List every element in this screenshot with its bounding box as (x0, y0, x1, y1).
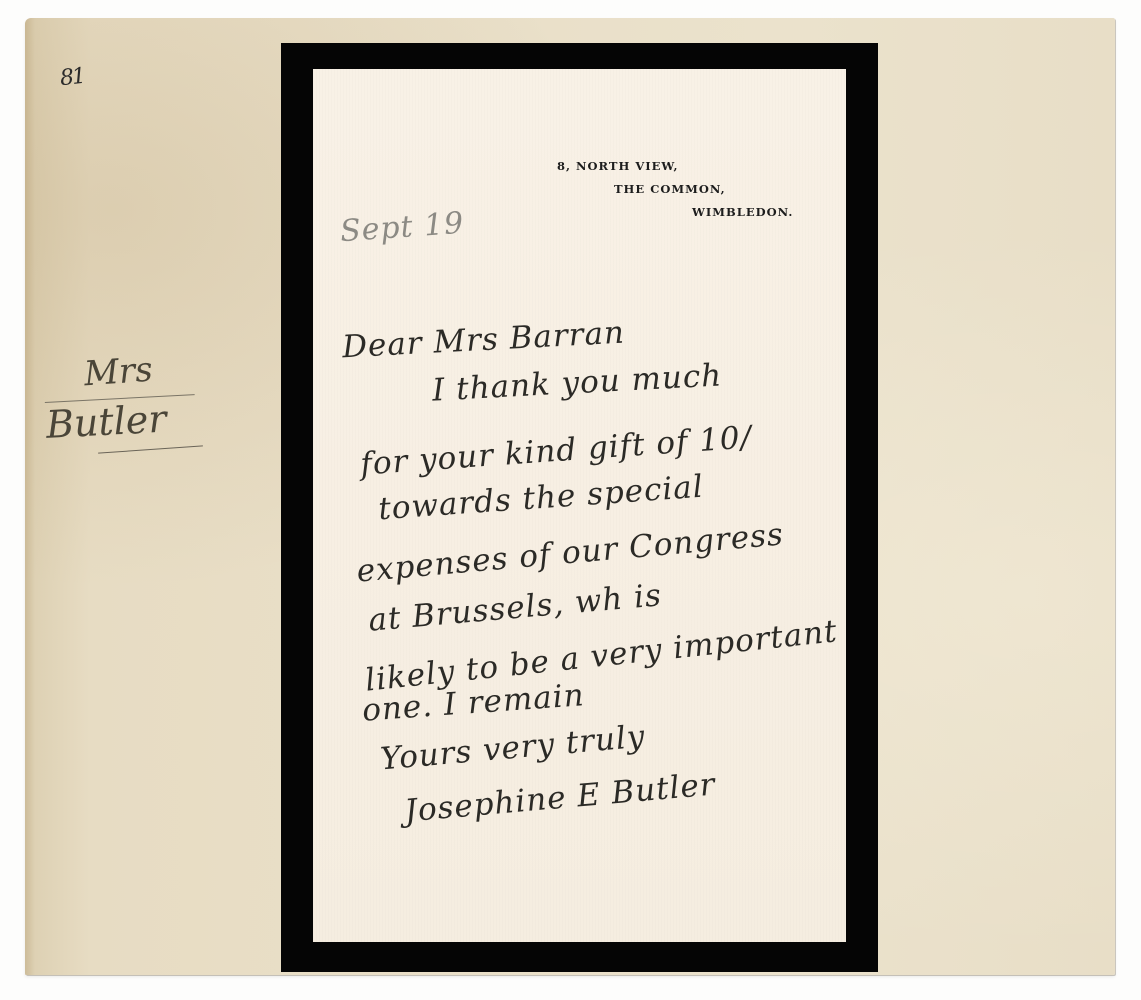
margin-note-title: Mrs (83, 346, 211, 395)
margin-note: Mrs Butler (40, 350, 210, 450)
archive-number: 81 (59, 64, 85, 91)
letterhead-address-line-1: 8, NORTH VIEW, (557, 159, 679, 173)
margin-note-name: Butler (45, 394, 197, 451)
letterhead-address-line-3: WIMBLEDON. (692, 205, 793, 219)
letterhead-address-line-2: THE COMMON, (614, 182, 726, 196)
